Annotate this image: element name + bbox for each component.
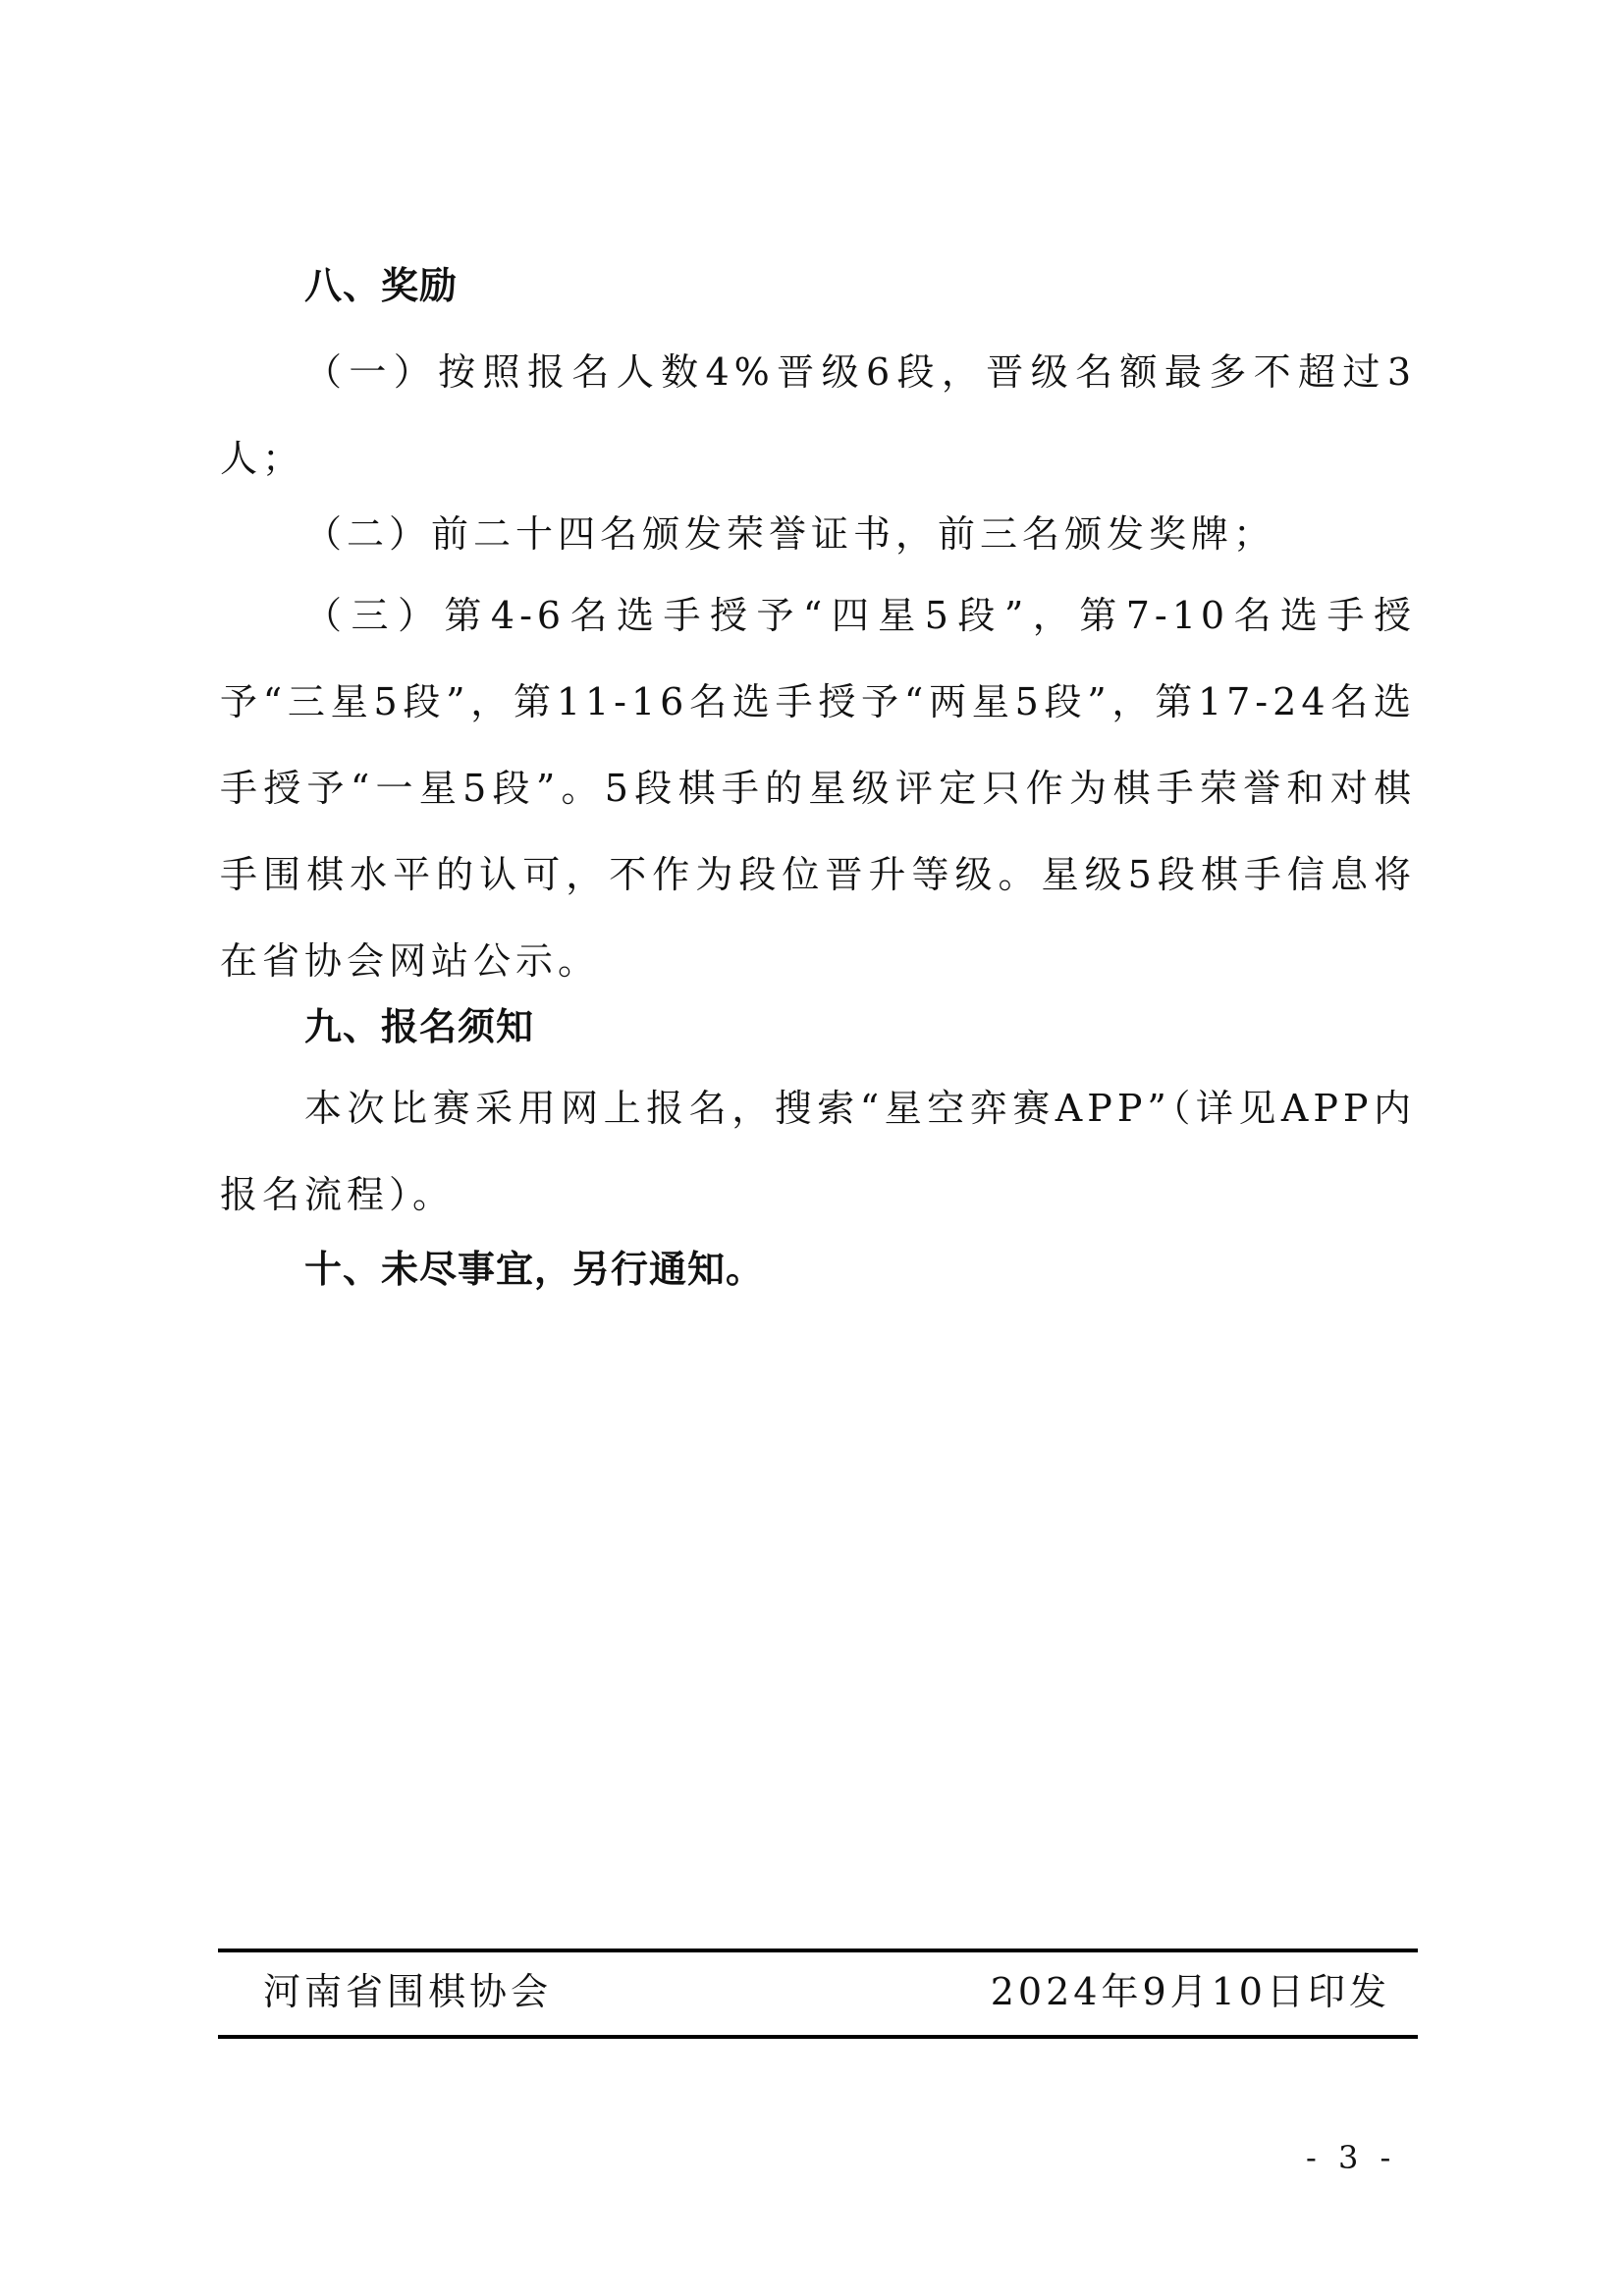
reward-item-3: （三）第4-6名选手授予“四星5段”，第7-10名选手授予“三星5段”，第11-…	[220, 572, 1416, 1004]
section-heading-reward: 八、奖励	[220, 260, 458, 311]
footer-issue-date: 2024年9月10日印发	[991, 1966, 1390, 2017]
reward-item-1: （一）按照报名人数4%晋级6段，晋级名额最多不超过3人；	[220, 329, 1416, 502]
reward-item-2: （二）前二十四名颁发荣誉证书，前三名颁发奖牌；	[220, 491, 1416, 577]
footer-organization: 河南省围棋协会	[263, 1966, 552, 2017]
page-number: - 3 -	[1306, 2138, 1396, 2177]
section-heading-registration: 九、报名须知	[220, 1001, 534, 1052]
footer-divider-top	[218, 1949, 1418, 1952]
footer-divider-bottom	[218, 2035, 1418, 2039]
registration-text: 本次比赛采用网上报名，搜索“星空弈赛APP”（详见APP内报名流程）。	[220, 1065, 1416, 1238]
section-heading-misc: 十、未尽事宜，另行通知。	[220, 1244, 764, 1295]
